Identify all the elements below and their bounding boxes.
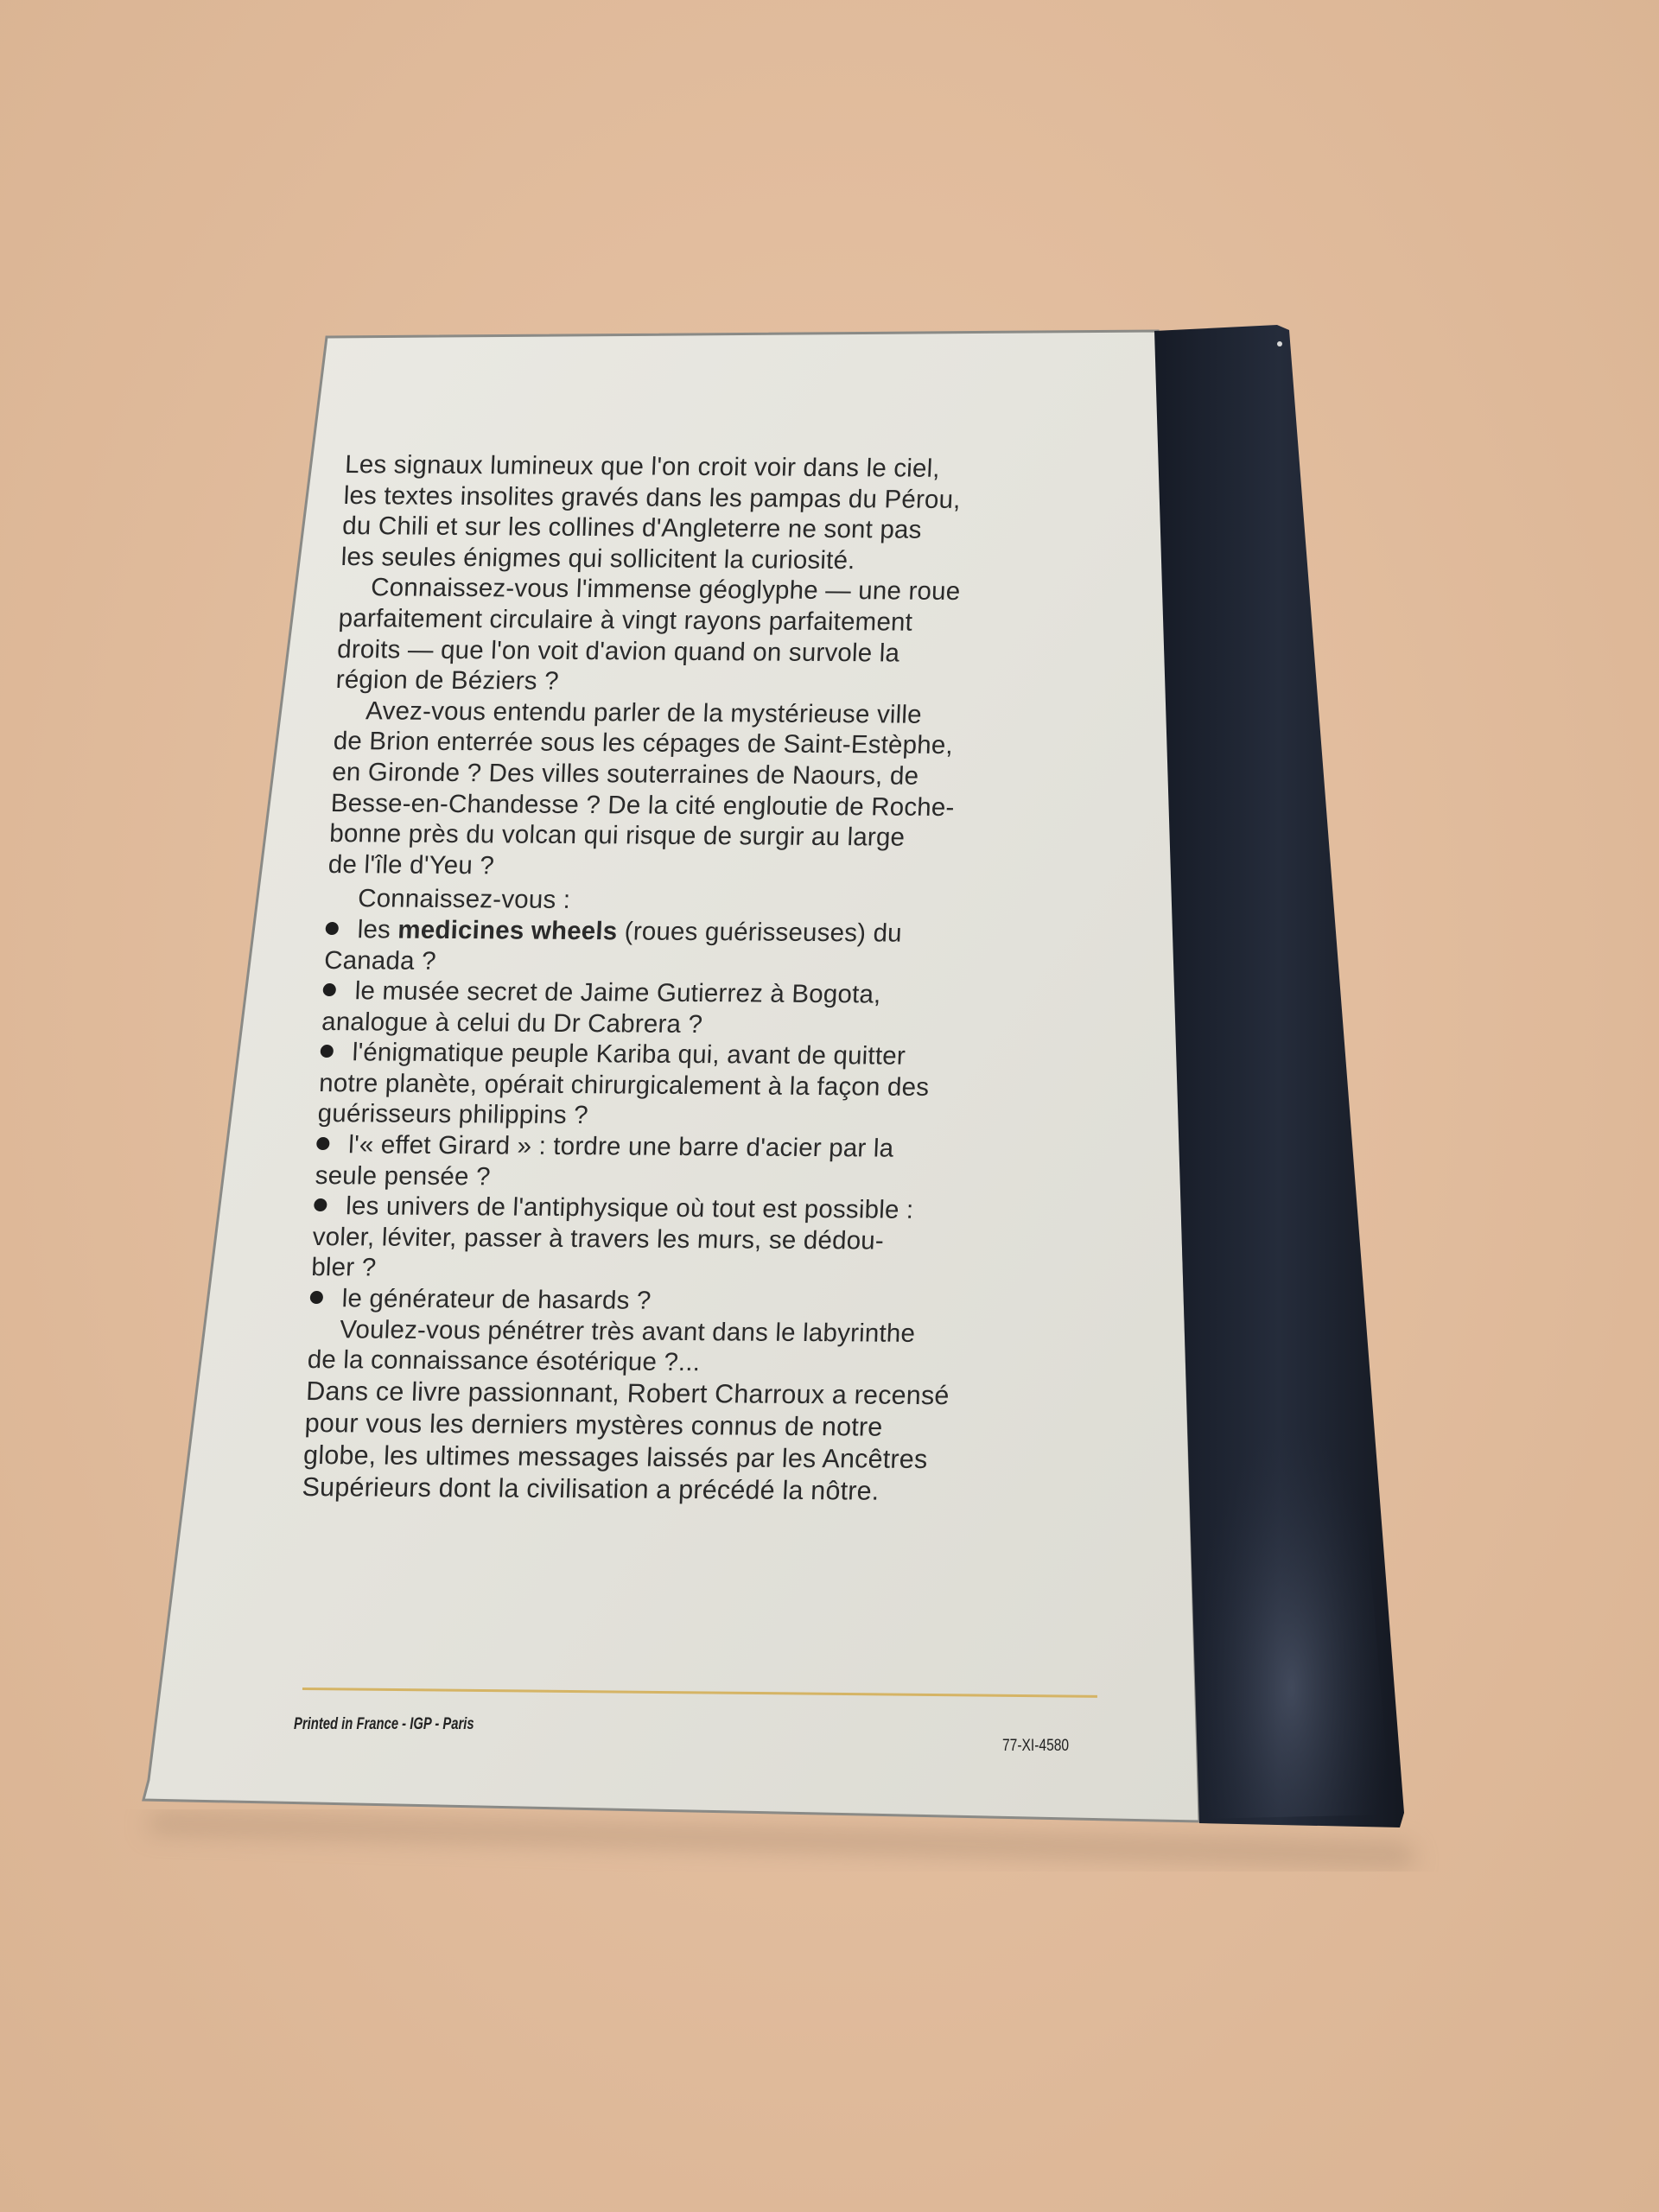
paragraph-4: Connaissez-vous : — [326, 883, 1061, 919]
catalog-code: 77-XI-4580 — [1002, 1737, 1069, 1756]
paragraph-2: Connaissez-vous l'immense géoglyphe — un… — [335, 572, 1075, 700]
bullet-item: le musée secret de Jaime Gutierrez à Bog… — [321, 976, 1058, 1042]
bullet-item: l'énigmatique peuple Kariba qui, avant d… — [317, 1037, 1055, 1135]
bullet-dot-icon — [316, 1137, 330, 1150]
bullet-dot-icon — [320, 1045, 334, 1058]
bullet-dot-icon — [310, 1291, 324, 1304]
bullet-item: l'« effet Girard » : tordre une barre d'… — [315, 1129, 1052, 1196]
spine-dot — [1277, 341, 1282, 346]
paragraph-5: Voulez-vous pénétrer très avant dans le … — [307, 1314, 1044, 1381]
bullet-dot-icon — [325, 922, 339, 935]
bullet-dot-icon — [314, 1198, 327, 1211]
bullet-item: les univers de l'antiphysique où tout es… — [311, 1191, 1049, 1288]
bullet-item: le générateur de hasards ? — [309, 1283, 1045, 1319]
bullet-item: les medicines wheels (roues guérisseuses… — [323, 914, 1060, 981]
bullet-dot-icon — [322, 983, 336, 996]
paragraph-1: Les signaux lumineux que l'on croit voir… — [340, 449, 1080, 577]
paragraph-6: Dans ce livre passionnant, Robert Charro… — [302, 1376, 1041, 1509]
paragraph-3: Avez-vous entendu parler de la mystérieu… — [327, 696, 1070, 885]
back-cover-blurb: Les signaux lumineux que l'on croit voir… — [302, 449, 1080, 1509]
printer-imprint: Printed in France - IGP - Paris — [294, 1715, 474, 1734]
photo-scene: Les signaux lumineux que l'on croit voir… — [0, 0, 1659, 2212]
